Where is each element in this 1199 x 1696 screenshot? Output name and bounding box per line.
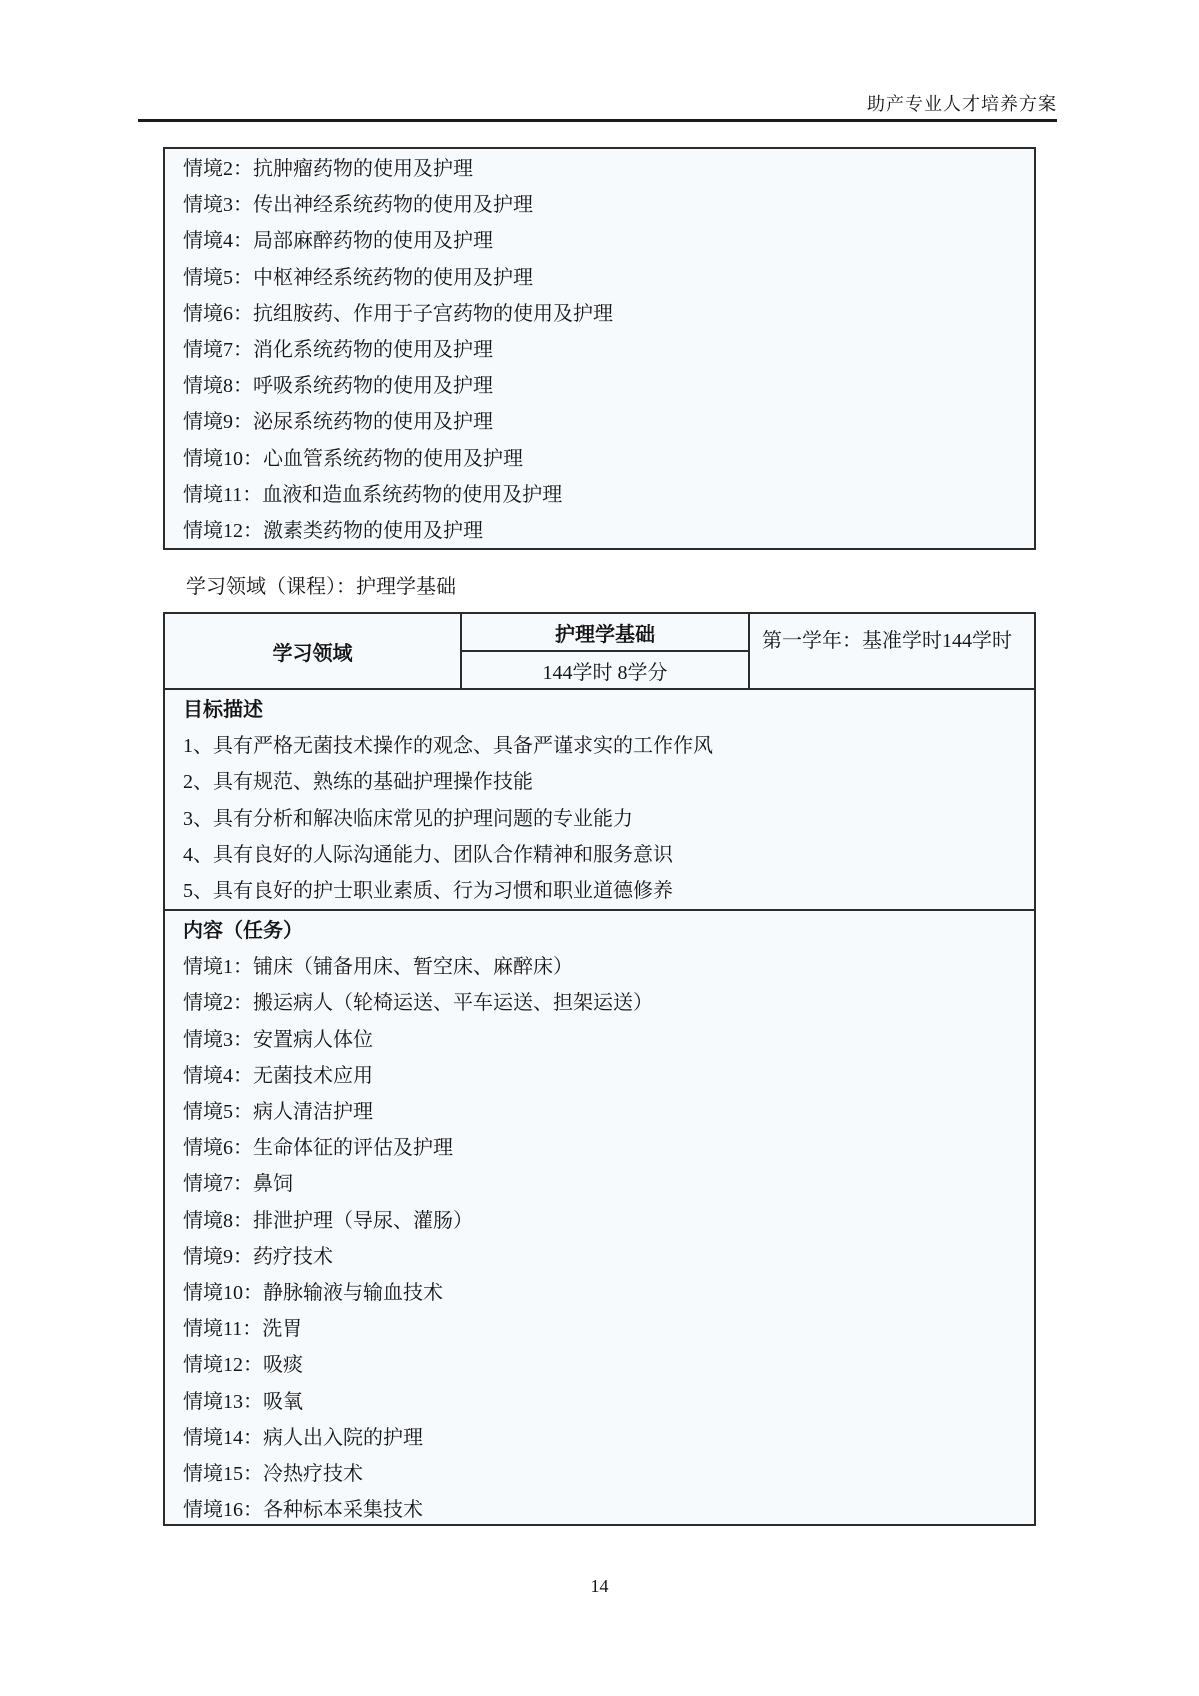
content-item: 情境15：冷热疗技术	[183, 1456, 1034, 1492]
course-name-hours-cell: 护理学基础 144学时 8学分	[462, 614, 750, 688]
content-item: 情境12：吸痰	[183, 1347, 1034, 1383]
table-row: 情境7：消化系统药物的使用及护理	[165, 332, 1034, 368]
situations-table-pharmacology: 情境2：抗肿瘤药物的使用及护理 情境3：传出神经系统药物的使用及护理 情境4：局…	[163, 147, 1036, 550]
document-header-title: 助产专业人才培养方案	[138, 90, 1057, 116]
content-item: 情境4：无菌技术应用	[183, 1058, 1034, 1094]
content-item: 情境11：洗胃	[183, 1311, 1034, 1347]
course-hours-credits: 144学时 8学分	[462, 652, 748, 688]
document-page: 助产专业人才培养方案 情境2：抗肿瘤药物的使用及护理 情境3：传出神经系统药物的…	[0, 0, 1199, 1696]
goal-item: 4、具有良好的人际沟通能力、团队合作精神和服务意识	[183, 837, 1034, 873]
table-row: 情境5：中枢神经系统药物的使用及护理	[165, 260, 1034, 296]
table-row: 情境10：心血管系统药物的使用及护理	[165, 441, 1034, 477]
content-item: 情境3：安置病人体位	[183, 1022, 1034, 1058]
table-row: 情境3：传出神经系统药物的使用及护理	[165, 187, 1034, 223]
table-row: 情境4：局部麻醉药物的使用及护理	[165, 223, 1034, 259]
course-table-nursing-fundamentals: 学习领域 护理学基础 144学时 8学分 第一学年：基准学时144学时 目标描述…	[163, 612, 1036, 1526]
goal-item: 2、具有规范、熟练的基础护理操作技能	[183, 764, 1034, 800]
content-item: 情境14：病人出入院的护理	[183, 1420, 1034, 1456]
content-item: 情境8：排泄护理（导尿、灌肠）	[183, 1203, 1034, 1239]
course-name: 护理学基础	[462, 614, 748, 652]
table-row: 情境2：抗肿瘤药物的使用及护理	[165, 151, 1034, 187]
content-item: 情境7：鼻饲	[183, 1166, 1034, 1202]
learning-area-cell: 学习领域	[165, 614, 462, 688]
content-item: 情境16：各种标本采集技术	[183, 1492, 1034, 1528]
header-rule	[138, 119, 1057, 122]
goal-item: 5、具有良好的护士职业素质、行为习惯和职业道德修养	[183, 873, 1034, 909]
content-item: 情境5：病人清洁护理	[183, 1094, 1034, 1130]
content-item: 情境6：生命体征的评估及护理	[183, 1130, 1034, 1166]
goal-description-section: 目标描述 1、具有严格无菌技术操作的观念、具备严谨求实的工作作风 2、具有规范、…	[165, 690, 1034, 911]
goal-item: 3、具有分析和解决临床常见的护理问题的专业能力	[183, 801, 1034, 837]
content-item: 情境10：静脉输液与输血技术	[183, 1275, 1034, 1311]
table-row: 情境6：抗组胺药、作用于子宫药物的使用及护理	[165, 296, 1034, 332]
content-item: 情境1：铺床（铺备用床、暂空床、麻醉床）	[183, 949, 1034, 985]
goal-item: 1、具有严格无菌技术操作的观念、具备严谨求实的工作作风	[183, 728, 1034, 764]
learning-area-label: 学习领域（课程）：护理学基础	[186, 570, 456, 599]
content-item: 情境2：搬运病人（轮椅运送、平车运送、担架运送）	[183, 985, 1034, 1021]
content-item: 情境9：药疗技术	[183, 1239, 1034, 1275]
table-row: 情境9：泌尿系统药物的使用及护理	[165, 404, 1034, 440]
goal-section-heading: 目标描述	[183, 692, 1034, 728]
table-row: 情境12：激素类药物的使用及护理	[165, 513, 1034, 549]
course-year-info: 第一学年：基准学时144学时	[750, 614, 1034, 688]
content-tasks-section: 内容（任务） 情境1：铺床（铺备用床、暂空床、麻醉床） 情境2：搬运病人（轮椅运…	[165, 911, 1034, 1528]
page-number: 14	[0, 1576, 1199, 1597]
content-section-heading: 内容（任务）	[183, 913, 1034, 949]
table-row: 情境11：血液和造血系统药物的使用及护理	[165, 477, 1034, 513]
course-table-header: 学习领域 护理学基础 144学时 8学分 第一学年：基准学时144学时	[165, 614, 1034, 690]
content-item: 情境13：吸氧	[183, 1384, 1034, 1420]
table-row: 情境8：呼吸系统药物的使用及护理	[165, 368, 1034, 404]
